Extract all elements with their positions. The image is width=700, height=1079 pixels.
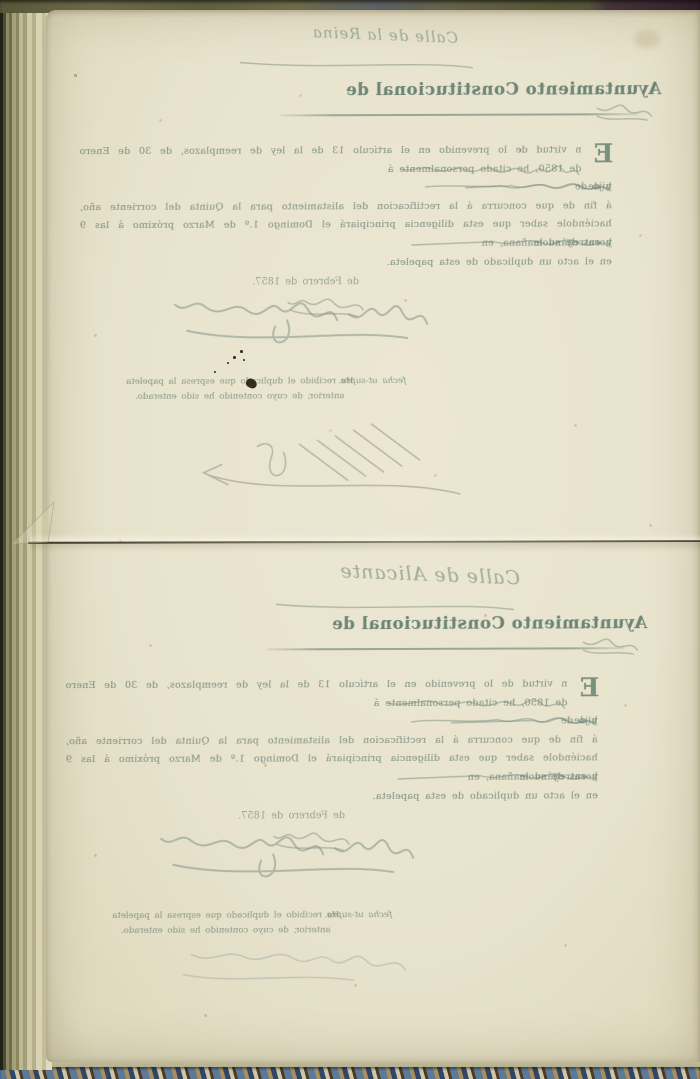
- form-body-text: y entregándole: [533, 234, 612, 253]
- form-body-line: de 1850, he citado personalmente á: [66, 694, 598, 714]
- form-header-text: Ayuntamiento Constitucional de: [332, 613, 648, 633]
- form-header-text: Ayuntamiento Constitucional de: [346, 79, 662, 99]
- form-body-text: y entregándole: [519, 768, 598, 787]
- form-body-line: hijo de y de: [80, 178, 612, 198]
- header-rule: [280, 113, 638, 116]
- ink-blot: [240, 350, 243, 353]
- form-body-line: n virtud de lo prevenido en el artículo …: [66, 675, 598, 695]
- form-body-line: de 1850, he citado personalmente á: [80, 160, 612, 180]
- form-body-line: á fin de que concurra á la rectificacion…: [66, 731, 598, 751]
- form-body-line: hijo de y de: [66, 712, 598, 732]
- ink-blot: [233, 356, 236, 359]
- dog-ear-fold: [6, 496, 62, 548]
- upper-papeleta-verso: Calle de la Reina Ayuntamiento Constituc…: [51, 13, 700, 543]
- form-header: Ayuntamiento Constitucional de: [655, 79, 661, 100]
- receipt-acknowledgement: He recibido el duplicado que espresa la …: [93, 907, 623, 924]
- form-body-line: horas de su mañana, en y entregándole: [80, 234, 612, 254]
- receipt-text: He recibido el duplicado que espresa la …: [93, 908, 358, 939]
- form-header: Ayuntamiento Constitucional de: [641, 613, 647, 634]
- form-body-line: en el acto un duplicado de esta papeleta…: [80, 253, 612, 273]
- form-body-line: haciéndole saber que esta diligencia pri…: [80, 216, 612, 236]
- foxing-specks: [0, 0, 1, 1]
- receipt-acknowledgement: He recibido el duplicado que espresa la …: [107, 373, 637, 390]
- form-body-line: á fin de que concurra á la rectificacion…: [80, 197, 612, 217]
- header-rule: [266, 647, 624, 650]
- form-body-line: en el acto un duplicado de esta papeleta…: [66, 787, 598, 807]
- receipt-text: He recibido el duplicado que espresa la …: [107, 374, 372, 405]
- ink-blot: [214, 371, 216, 373]
- form-body-line: n virtud de lo prevenido en el artículo …: [80, 141, 612, 161]
- form-body: E n virtud de lo prevenido en el artícul…: [66, 675, 598, 807]
- street-annotation: Calle de la Reina: [312, 23, 459, 47]
- street-annotation: Calle de Alicante: [339, 560, 520, 589]
- ink-blot: [227, 362, 229, 364]
- lower-papeleta-verso: Calle de Alicante Ayuntamiento Constituc…: [37, 547, 700, 1077]
- ink-blot: [243, 359, 245, 361]
- date-text: de Febrero de 1857.: [238, 810, 345, 821]
- date-text: de Febrero de 1857.: [252, 276, 359, 287]
- book-photo: { "colors": { "paper": "#e9e4cf", "show_…: [0, 0, 700, 1079]
- form-body-line: haciéndole saber que esta diligencia pri…: [66, 750, 598, 770]
- form-body-line: horas de su mañana, en y entregándole: [66, 768, 598, 788]
- form-body: E n virtud de lo prevenido en el artícul…: [80, 141, 612, 273]
